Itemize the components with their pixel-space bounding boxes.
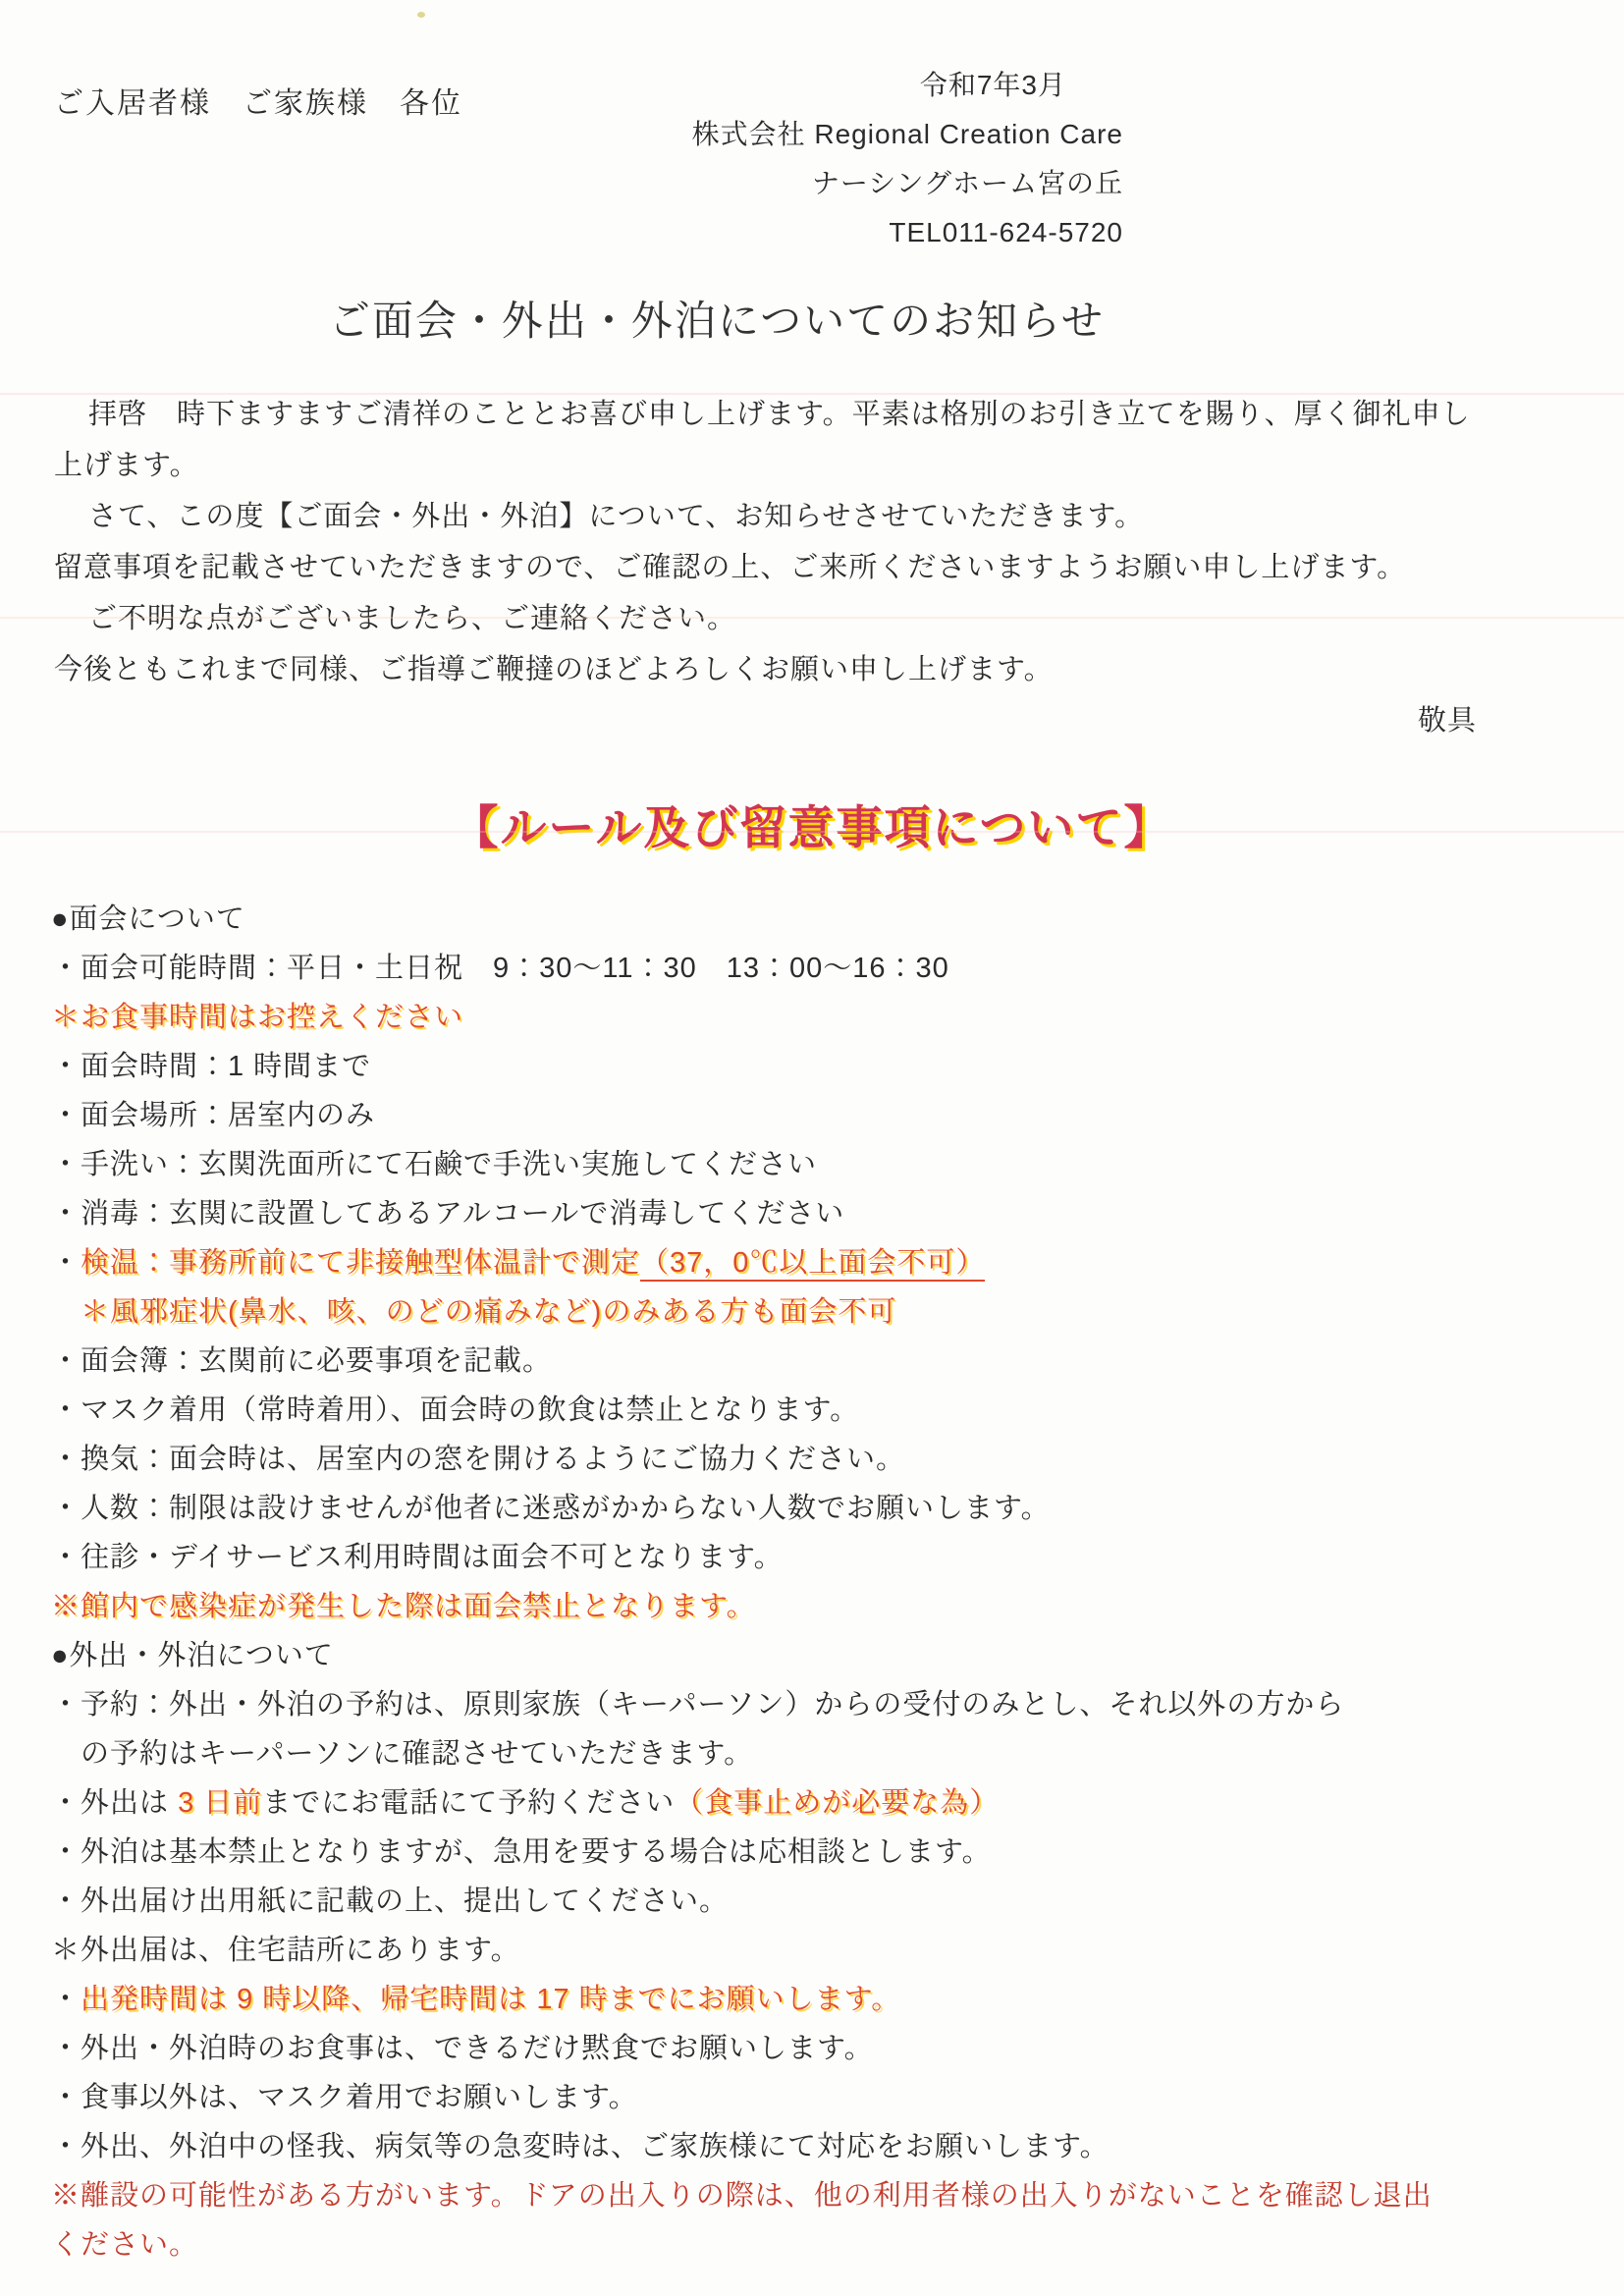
rule-text-segment: ＊外出届は、住宅詰所にあります。 <box>51 1935 520 1966</box>
rule-line: ・マスク着用（常時着用）、面会時の飲食は禁止となります。 <box>51 1386 1595 1435</box>
rule-text-segment: 出発時間は 9 時以降、帰宅時間は 17 時までにお願いします。 <box>81 1984 900 2015</box>
rule-line: ＊お食事時間はお控えください <box>51 993 1595 1042</box>
rule-line: ＊風邪症状(鼻水、咳、のどの痛みなど)のみある方も面会不可 <box>51 1287 1595 1337</box>
rule-text-segment: ※館内で感染症が発生した際は面会禁止となります。 <box>51 1591 756 1622</box>
rule-text-segment: ・面会時間：1 時間まで <box>51 1051 371 1082</box>
rule-line: ●面会について <box>51 895 1595 944</box>
rule-line: ・予約：外出・外泊の予約は、原則家族（キーパーソン）からの受付のみとし、それ以外… <box>51 1680 1595 1729</box>
letter-line: 敬具 <box>54 695 1570 746</box>
rule-text-segment: ・外泊は基本禁止となりますが、急用を要する場合は応相談とします。 <box>51 1836 992 1868</box>
sender-block: 令和7年3月 株式会社 Regional Creation Care ナーシング… <box>692 61 1123 257</box>
letter-header: ご入居者様 ご家族様 各位 令和7年3月 株式会社 Regional Creat… <box>0 0 1624 257</box>
rule-text-segment: ・食事以外は、マスク着用でお願いします。 <box>51 2082 638 2113</box>
rule-line: ・消毒：玄関に設置してあるアルコールで消毒してください <box>51 1189 1595 1238</box>
rule-text-segment: ・ <box>51 1247 81 1279</box>
letter-line: 拝啓 時下ますますご清祥のこととお喜び申し上げます。平素は格別のお引き立てを賜り… <box>54 389 1570 440</box>
rule-text-segment: ・人数：制限は設けませんが他者に迷惑がかからない人数でお願いします。 <box>51 1493 1051 1524</box>
rule-text-segment: ・面会可能時間：平日・土日祝 9：30～11：30 13：00～16：30 <box>51 953 949 984</box>
rule-text-segment: ・外出届け出用紙に記載の上、提出してください。 <box>51 1886 729 1917</box>
letter-line: ご不明な点がございましたら、ご連絡ください。 <box>54 593 1570 644</box>
letter-line: さて、この度【ご面会・外出・外泊】について、お知らせさせていただきます。 <box>54 491 1570 542</box>
page-title: ご面会・外出・外泊についてのお知らせ <box>329 289 1624 348</box>
company-line: 株式会社 Regional Creation Care <box>692 110 1123 159</box>
rule-line: ・換気：面会時は、居室内の窓を開けるようにご協力ください。 <box>51 1435 1595 1484</box>
rule-text-segment: ＊風邪症状(鼻水、咳、のどの痛みなど)のみある方も面会不可 <box>81 1296 896 1328</box>
rule-line: ＊外出届は、住宅詰所にあります。 <box>51 1926 1595 1975</box>
rule-text-segment: ・ <box>51 1984 81 2015</box>
rule-line: ・面会場所：居室内のみ <box>51 1091 1595 1140</box>
rule-line: ・検温：事務所前にて非接触型体温計で測定（37，0℃以上面会不可） <box>51 1238 1595 1287</box>
rule-line: ・人数：制限は設けませんが他者に迷惑がかからない人数でお願いします。 <box>51 1484 1595 1533</box>
rule-line: の予約はキーパーソンに確認させていただきます。 <box>51 1729 1595 1778</box>
rule-line: ・外出・外泊時のお食事は、できるだけ黙食でお願いします。 <box>51 2024 1595 2073</box>
letter-line: 留意事項を記載させていただきますので、ご確認の上、ご来所くださいますようお願い申… <box>54 542 1570 593</box>
rule-text-segment: ・マスク着用（常時着用）、面会時の飲食は禁止となります。 <box>51 1394 859 1426</box>
rule-line: ・面会可能時間：平日・土日祝 9：30～11：30 13：00～16：30 <box>51 944 1595 993</box>
facility-line: ナーシングホーム宮の丘 <box>692 159 1123 208</box>
rule-line: ・外出届け出用紙に記載の上、提出してください。 <box>51 1877 1595 1926</box>
rule-line: ●外出・外泊について <box>51 1631 1595 1680</box>
rule-text-segment: ※離設の可能性がある方がいます。ドアの出入りの際は、他の利用者様の出入りがないこ… <box>51 2180 1433 2212</box>
rule-line: ・往診・デイサービス利用時間は面会不可となります。 <box>51 1533 1595 1582</box>
rule-text-segment: までにお電話にて予約ください <box>262 1787 675 1819</box>
rule-text-segment: ・手洗い：玄関洗面所にて石鹸で手洗い実施してください <box>51 1149 817 1180</box>
rule-text-segment: 検温：事務所前にて非接触型体温計で測定 <box>81 1247 640 1279</box>
rule-text-segment: ・消毒：玄関に設置してあるアルコールで消毒してください <box>51 1198 844 1230</box>
letter-line: 今後ともこれまで同様、ご指導ご鞭撻のほどよろしくお願い申し上げます。 <box>54 644 1570 695</box>
tel-line: TEL011-624-5720 <box>692 208 1123 257</box>
rule-text-segment: ください。 <box>51 2229 198 2261</box>
rules-list: ●面会について・面会可能時間：平日・土日祝 9：30～11：30 13：00～1… <box>0 895 1624 2269</box>
rule-line: ・手洗い：玄関洗面所にて石鹸で手洗い実施してください <box>51 1140 1595 1189</box>
section-heading: 【ルール及び留意事項について】 <box>0 792 1624 857</box>
recipient-line: ご入居者様 ご家族様 各位 <box>54 61 462 257</box>
rule-line: ・外出は 3 日前までにお電話にて予約ください（食事止めが必要な為） <box>51 1778 1595 1828</box>
rule-line: ・外出、外泊中の怪我、病気等の急変時は、ご家族様にて対応をお願いします。 <box>51 2122 1595 2171</box>
rule-text-segment: ・往診・デイサービス利用時間は面会不可となります。 <box>51 1542 784 1573</box>
rule-line: ・面会時間：1 時間まで <box>51 1042 1595 1091</box>
rule-text-segment: ●面会について <box>51 903 245 935</box>
rule-text-segment: 3 日前 <box>178 1787 262 1819</box>
rule-text-segment: ・面会簿：玄関前に必要事項を記載。 <box>51 1345 552 1377</box>
rule-line: ※館内で感染症が発生した際は面会禁止となります。 <box>51 1582 1595 1631</box>
rule-text-segment: （37，0℃以上面会不可） <box>640 1247 985 1282</box>
rule-line: ※離設の可能性がある方がいます。ドアの出入りの際は、他の利用者様の出入りがないこ… <box>51 2171 1595 2220</box>
scanned-notice-page: ご入居者様 ご家族様 各位 令和7年3月 株式会社 Regional Creat… <box>0 0 1624 2296</box>
rule-text-segment: ・予約：外出・外泊の予約は、原則家族（キーパーソン）からの受付のみとし、それ以外… <box>51 1689 1344 1721</box>
date-line: 令和7年3月 <box>692 61 1123 110</box>
rule-text-segment: ＊お食事時間はお控えください <box>51 1002 463 1033</box>
rule-text-segment: ・外出・外泊時のお食事は、できるだけ黙食でお願いします。 <box>51 2033 874 2064</box>
rule-text-segment: （食事止めが必要な為） <box>675 1787 999 1819</box>
rule-line: ください。 <box>51 2220 1595 2269</box>
rule-line: ・出発時間は 9 時以降、帰宅時間は 17 時までにお願いします。 <box>51 1975 1595 2024</box>
letter-body: 拝啓 時下ますますご清祥のこととお喜び申し上げます。平素は格別のお引き立てを賜り… <box>0 389 1624 746</box>
rule-text-segment: の予約はキーパーソンに確認させていただきます。 <box>81 1738 753 1770</box>
rule-line: ・食事以外は、マスク着用でお願いします。 <box>51 2073 1595 2122</box>
rule-line: ・面会簿：玄関前に必要事項を記載。 <box>51 1337 1595 1386</box>
rule-line: ・外泊は基本禁止となりますが、急用を要する場合は応相談とします。 <box>51 1828 1595 1877</box>
rule-text-segment: ・換気：面会時は、居室内の窓を開けるようにご協力ください。 <box>51 1444 905 1475</box>
rule-text-segment: ・面会場所：居室内のみ <box>51 1100 375 1131</box>
rule-text-segment: ・外出は <box>51 1787 178 1819</box>
rule-text-segment: ・外出、外泊中の怪我、病気等の急変時は、ご家族様にて対応をお願いします。 <box>51 2131 1110 2162</box>
letter-line: 上げます。 <box>54 440 1570 491</box>
rule-text-segment: ●外出・外泊について <box>51 1640 334 1671</box>
